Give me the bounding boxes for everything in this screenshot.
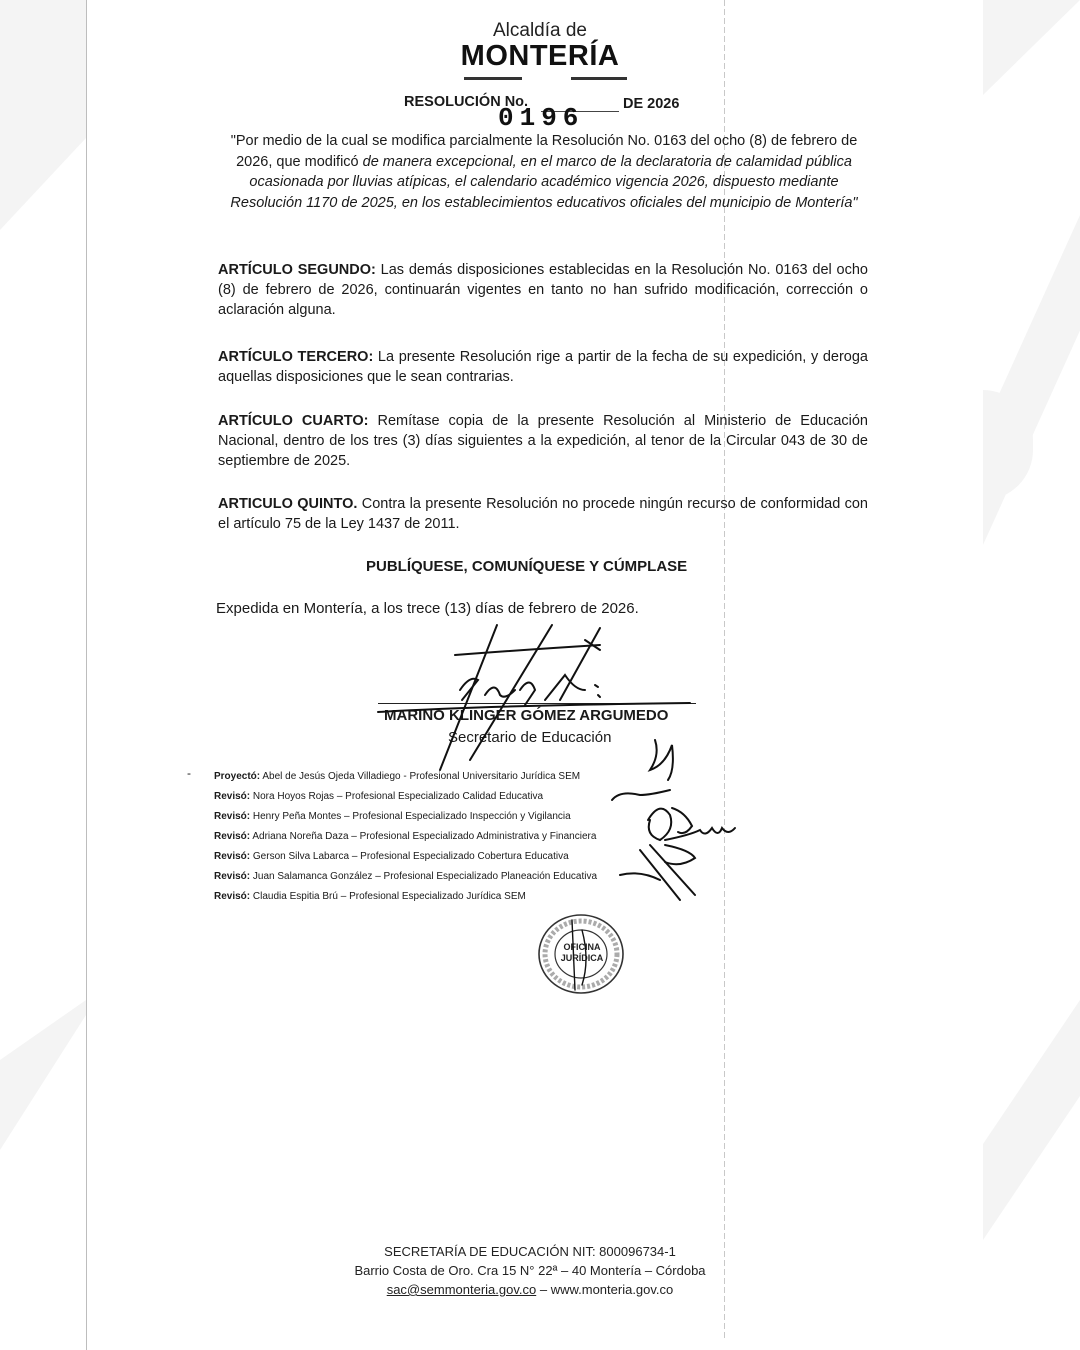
header-rule-right xyxy=(571,77,627,80)
resolution-summary: "Por medio de la cual se modifica parcia… xyxy=(218,131,870,213)
credit-item: Proyectó: Abel de Jesús Ojeda Villadiego… xyxy=(214,767,597,787)
footer-address: Barrio Costa de Oro. Cra 15 N° 22ª – 40 … xyxy=(320,1261,740,1280)
review-credits: Proyectó: Abel de Jesús Ojeda Villadiego… xyxy=(214,767,597,907)
footer-nit: SECRETARÍA DE EDUCACIÓN NIT: 800096734-1 xyxy=(320,1242,740,1261)
footer-separator: – xyxy=(536,1282,550,1297)
article-title: ARTÍCULO TERCERO: xyxy=(218,349,373,365)
article-tercero: ARTÍCULO TERCERO: La presente Resolución… xyxy=(218,347,868,387)
bullet-dash: - xyxy=(187,766,191,780)
signer-name: MARINO KLINGER GÓMEZ ARGUMEDO xyxy=(384,707,668,724)
footer-website: www.monteria.gov.co xyxy=(551,1282,674,1297)
article-title: ARTÍCULO SEGUNDO: xyxy=(218,262,376,278)
footer-email-link[interactable]: sac@semmonteria.gov.co xyxy=(387,1282,537,1297)
footer-links: sac@semmonteria.gov.co – www.monteria.go… xyxy=(320,1280,740,1299)
signature-line xyxy=(378,703,696,704)
credit-item: Revisó: Adriana Noreña Daza – Profesiona… xyxy=(214,827,597,847)
article-title: ARTÍCULO CUARTO: xyxy=(218,413,369,429)
article-segundo: ARTÍCULO SEGUNDO: Las demás disposicione… xyxy=(218,260,868,320)
stamp-label: OFICINA JURÍDICA xyxy=(560,942,604,964)
header-alcaldia: Alcaldía de xyxy=(0,20,1080,42)
resolution-year: DE 2026 xyxy=(623,96,679,112)
credit-item: Revisó: Gerson Silva Labarca – Profesion… xyxy=(214,847,597,867)
footer-contact: SECRETARÍA DE EDUCACIÓN NIT: 800096734-1… xyxy=(320,1242,740,1299)
closing-formula: PUBLÍQUESE, COMUNÍQUESE Y CÚMPLASE xyxy=(366,558,687,575)
credit-item: Revisó: Juan Salamanca González – Profes… xyxy=(214,867,597,887)
article-quinto: ARTICULO QUINTO. Contra la presente Reso… xyxy=(218,494,868,534)
page-edge xyxy=(86,0,87,1350)
header-rule-left xyxy=(464,77,522,80)
resolution-number: 0196 xyxy=(498,103,584,133)
credit-item: Revisó: Henry Peña Montes – Profesional … xyxy=(214,807,597,827)
header-city: MONTERÍA xyxy=(0,40,1080,73)
signer-role: Secretario de Educación xyxy=(448,729,611,746)
article-title: ARTICULO QUINTO. xyxy=(218,496,357,512)
credit-item: Revisó: Nora Hoyos Rojas – Profesional E… xyxy=(214,787,597,807)
background-shape xyxy=(0,1000,86,1150)
credit-item: Revisó: Claudia Espitia Brú – Profesiona… xyxy=(214,887,597,907)
background-shape xyxy=(983,1000,1080,1240)
issued-statement: Expedida en Montería, a los trece (13) d… xyxy=(216,600,639,617)
article-cuarto: ARTÍCULO CUARTO: Remítase copia de la pr… xyxy=(218,411,868,471)
